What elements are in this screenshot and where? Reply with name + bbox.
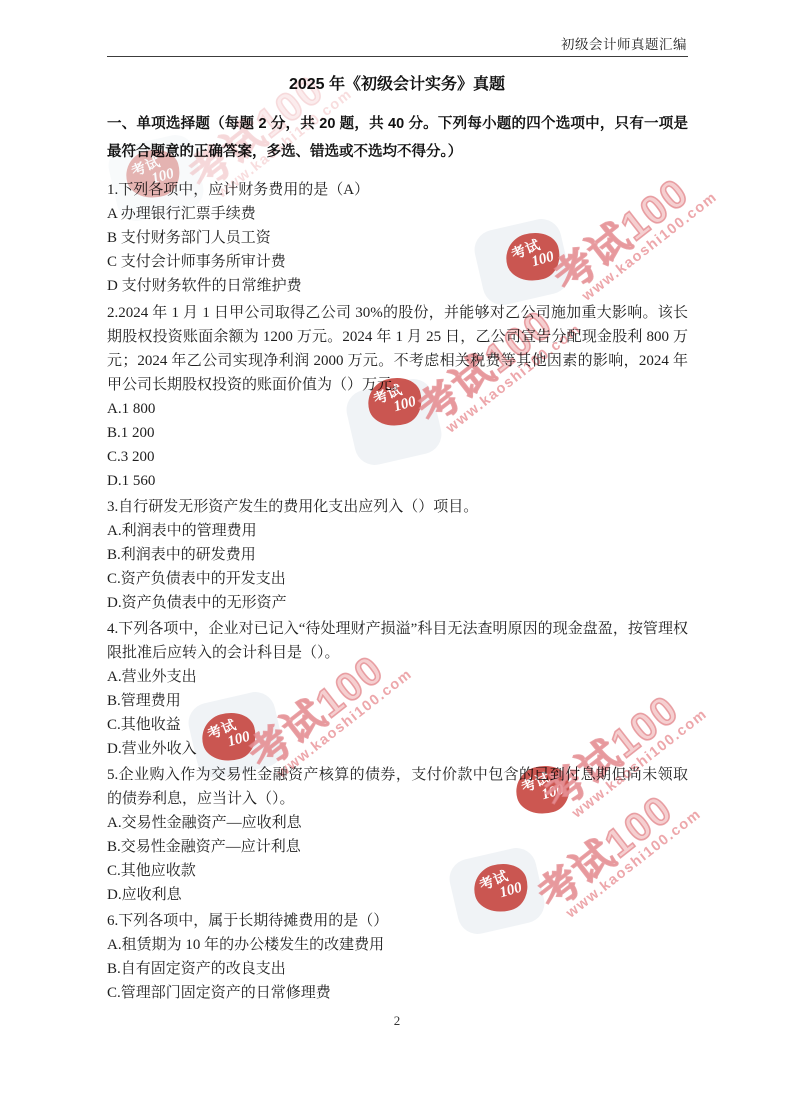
header-divider xyxy=(107,56,688,57)
question-3-option-a: A.利润表中的管理费用 xyxy=(107,519,688,543)
section-heading: 一、单项选择题（每题 2 分，共 20 题，共 40 分。下列每小题的四个选项中… xyxy=(107,110,688,166)
question-6-option-a: A.租赁期为 10 年的办公楼发生的改建费用 xyxy=(107,933,688,957)
question-6-stem: 6.下列各项中，属于长期待摊费用的是（） xyxy=(107,909,688,933)
question-6-option-b: B.自有固定资产的改良支出 xyxy=(107,957,688,981)
question-5-option-d: D.应收利息 xyxy=(107,883,688,907)
question-3-option-b: B.利润表中的研发费用 xyxy=(107,543,688,567)
question-1-option-a: A 办理银行汇票手续费 xyxy=(107,202,688,226)
question-3-option-d: D.资产负债表中的无形资产 xyxy=(107,591,688,615)
question-1-option-d: D 支付财务软件的日常维护费 xyxy=(107,274,688,298)
question-2-option-b: B.1 200 xyxy=(107,421,688,445)
document-title: 2025 年《初级会计实务》真题 xyxy=(107,71,687,94)
question-5-option-a: A.交易性金融资产—应收利息 xyxy=(107,811,688,835)
question-3: 3.自行研发无形资产发生的费用化支出应列入（）项目。 A.利润表中的管理费用 B… xyxy=(107,495,688,615)
document-page: 初级会计师真题汇编 2025 年《初级会计实务》真题 一、单项选择题（每题 2 … xyxy=(0,0,794,1098)
question-5-option-c: C.其他应收款 xyxy=(107,859,688,883)
question-2-option-a: A.1 800 xyxy=(107,397,688,421)
question-6-option-c: C.管理部门固定资产的日常修理费 xyxy=(107,981,688,1005)
question-4: 4.下列各项中，企业对已记入“待处理财产损溢”科目无法查明原因的现金盘盈，按管理… xyxy=(107,617,688,761)
question-3-option-c: C.资产负债表中的开发支出 xyxy=(107,567,688,591)
question-1: 1.下列各项中，应计财务费用的是（A） A 办理银行汇票手续费 B 支付财务部门… xyxy=(107,178,688,298)
question-4-option-a: A.营业外支出 xyxy=(107,665,688,689)
question-1-option-c: C 支付会计师事务所审计费 xyxy=(107,250,688,274)
page-number: 2 xyxy=(0,1013,794,1029)
question-4-option-d: D.营业外收入 xyxy=(107,737,688,761)
question-2-stem: 2.2024 年 1 月 1 日甲公司取得乙公司 30%的股份，并能够对乙公司施… xyxy=(107,301,688,397)
question-5: 5.企业购入作为交易性金融资产核算的债券，支付价款中包含的已到付息期但尚未领取的… xyxy=(107,763,688,907)
question-4-stem: 4.下列各项中，企业对已记入“待处理财产损溢”科目无法查明原因的现金盘盈，按管理… xyxy=(107,617,688,665)
question-4-option-b: B.管理费用 xyxy=(107,689,688,713)
question-1-stem: 1.下列各项中，应计财务费用的是（A） xyxy=(107,178,688,202)
page-header: 初级会计师真题汇编 xyxy=(107,33,687,53)
question-2-option-d: D.1 560 xyxy=(107,469,688,493)
question-1-option-b: B 支付财务部门人员工资 xyxy=(107,226,688,250)
question-4-option-c: C.其他收益 xyxy=(107,713,688,737)
question-2-option-c: C.3 200 xyxy=(107,445,688,469)
question-2: 2.2024 年 1 月 1 日甲公司取得乙公司 30%的股份，并能够对乙公司施… xyxy=(107,301,688,493)
question-3-stem: 3.自行研发无形资产发生的费用化支出应列入（）项目。 xyxy=(107,495,688,519)
question-5-stem: 5.企业购入作为交易性金融资产核算的债券，支付价款中包含的已到付息期但尚未领取的… xyxy=(107,763,688,811)
question-6: 6.下列各项中，属于长期待摊费用的是（） A.租赁期为 10 年的办公楼发生的改… xyxy=(107,909,688,1005)
question-5-option-b: B.交易性金融资产—应计利息 xyxy=(107,835,688,859)
